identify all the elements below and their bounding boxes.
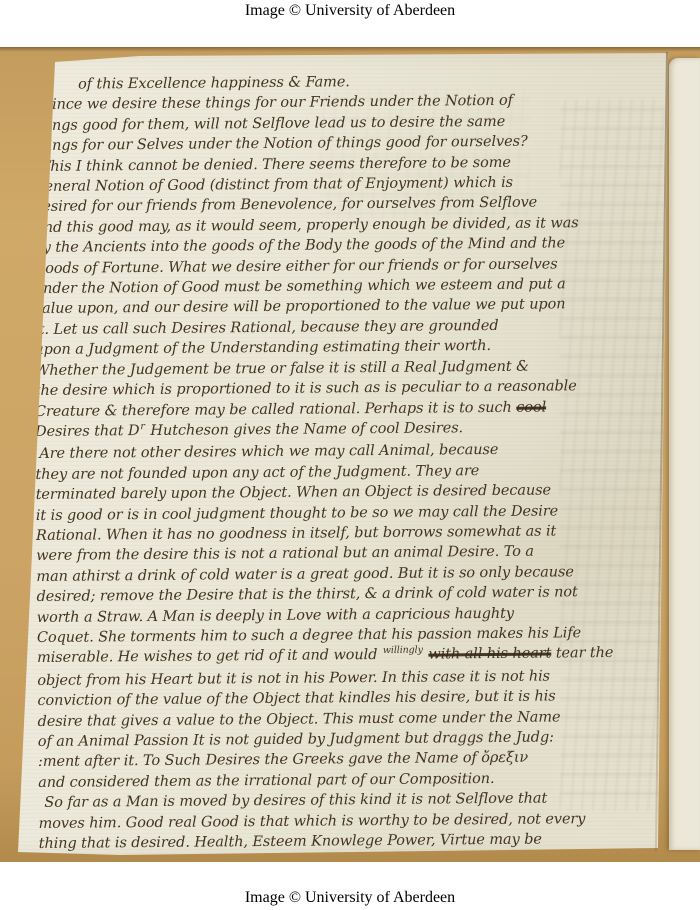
interlinear-insertion: r	[140, 417, 145, 437]
top-copyright-caption: Image © University of Aberdeen	[0, 1, 700, 21]
manuscript-photo: of this Excellence happiness & Fame.Sinc…	[0, 47, 700, 862]
interlinear-insertion: willingly	[383, 641, 423, 662]
struck-out-word: cool	[516, 399, 546, 415]
manuscript-text: of this Excellence happiness & Fame.Sinc…	[32, 69, 679, 854]
manuscript-line: thing that is desired. Health, Esteem Kn…	[39, 828, 679, 854]
adjacent-page-edge	[669, 58, 700, 850]
struck-out-word: with all his heart	[428, 646, 551, 663]
manuscript-page: of this Excellence happiness & Fame.Sinc…	[0, 47, 700, 862]
bottom-copyright-caption: Image © University of Aberdeen	[0, 888, 700, 908]
